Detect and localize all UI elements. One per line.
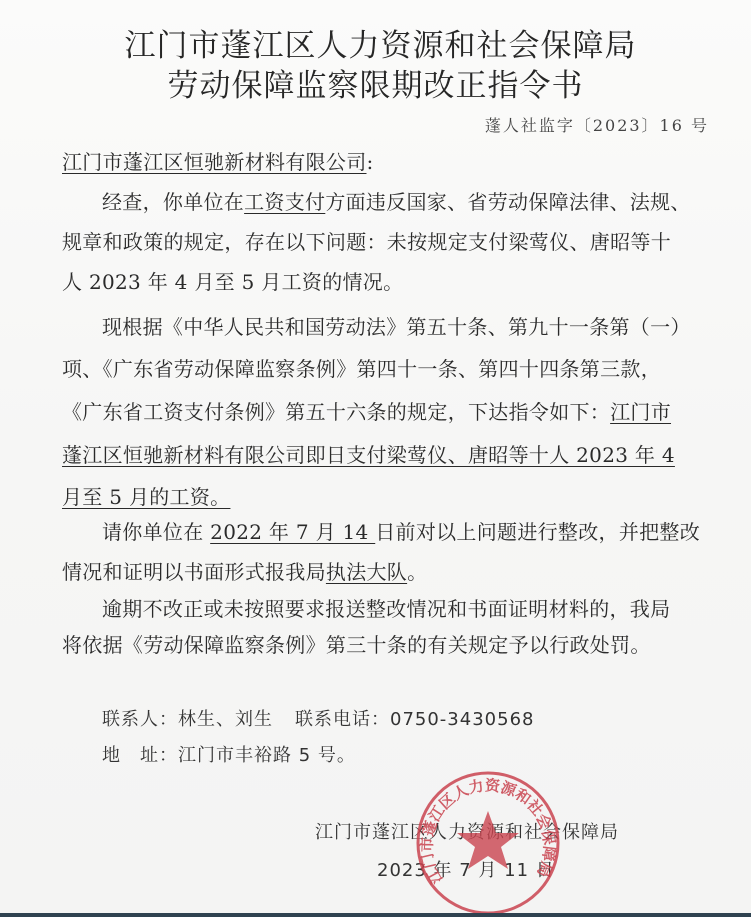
address-line: 地 址：江门市丰裕路 5 号。 <box>102 741 356 767</box>
para1-line2: 规章和政策的规定，存在以下问题：未按规定支付梁莺仪、唐昭等十 <box>62 230 671 254</box>
para1-text: 经查，你单位在 <box>102 190 244 214</box>
para3-text: 情况和证明以书面形式报我局 <box>62 560 326 584</box>
doc-title: 劳动保障监察限期改正指令书 <box>0 68 751 104</box>
recipient-line: 江门市蓬江区恒驰新材料有限公司: <box>62 150 374 174</box>
para4-line2: 将依据《劳动保障监察条例》第三十条的有关规定予以行政处罚。 <box>62 633 651 657</box>
para2-line2: 项、《广东省劳动保障监察条例》第四十一条、第四十四条第三款， <box>62 357 661 381</box>
address-label: 地 址： <box>102 745 178 766</box>
para2-line1: 现根据《中华人民共和国劳动法》第五十条、第九十一条第（一） <box>102 315 691 339</box>
violation-area: 工资支付 <box>244 190 325 214</box>
para1-line3: 人 2023 年 4 月至 5 月工资的情况。 <box>62 270 403 294</box>
contact-line: 联系人：林生、刘生联系电话：0750-3430568 <box>102 705 534 731</box>
recipient-name: 江门市蓬江区恒驰新材料有限公司 <box>62 150 367 174</box>
para4-line1: 逾期不改正或未按照要求报送整改情况和书面证明材料的，我局 <box>102 597 670 621</box>
enforcement-team: 执法大队 <box>326 560 407 584</box>
para2-line4: 蓬江区恒驰新材料有限公司即日支付梁莺仪、唐昭等十人 2023 年 4 <box>62 443 675 467</box>
para1-text: 方面违反国家、省劳动保障法律、法规、 <box>325 190 690 214</box>
para3-text: 。 <box>407 560 427 584</box>
para2-text: 《广东省工资支付条例》第五十六条的规定，下达指令如下： <box>62 400 610 424</box>
para3-line2: 情况和证明以书面形式报我局执法大队。 <box>62 560 427 584</box>
issue-date: 2023 年 7 月 11 日 <box>377 856 555 882</box>
contact-persons: 林生、刘生 <box>178 709 273 730</box>
directive-text: 江门市 <box>610 400 671 424</box>
contact-phone-label: 联系电话： <box>295 709 390 730</box>
para3-text: 请你单位在 <box>102 520 210 544</box>
para2-line5: 月至 5 月的工资。 <box>62 485 230 509</box>
contact-phone: 0750-3430568 <box>390 709 534 730</box>
directive-text: 月至 5 月的工资。 <box>62 485 230 509</box>
issuer-name: 江门市蓬江区人力资源和社会保障局 <box>315 818 619 844</box>
directive-text: 蓬江区恒驰新材料有限公司即日支付梁莺仪、唐昭等十人 2023 年 4 <box>62 443 675 467</box>
address-value: 江门市丰裕路 5 号。 <box>178 745 356 766</box>
para3-line1: 请你单位在 2022 年 7 月 14 日前对以上问题进行整改，并把整改 <box>102 520 700 544</box>
doc-number: 蓬人社监字〔2023〕16 号 <box>485 113 709 136</box>
deadline-date: 2022 年 7 月 14 <box>210 520 375 544</box>
para2-line3: 《广东省工资支付条例》第五十六条的规定，下达指令如下：江门市 <box>62 400 671 424</box>
org-title: 江门市蓬江区人力资源和社会保障局 <box>5 28 751 64</box>
para3-text: 日前对以上问题进行整改，并把整改 <box>375 520 700 544</box>
bottom-edge-bar <box>0 913 751 917</box>
recipient-colon: : <box>367 150 374 174</box>
document-page: 江门市蓬江区人力资源和社会保障局 劳动保障监察限期改正指令书 蓬人社监字〔202… <box>0 0 751 913</box>
contact-person-label: 联系人： <box>102 709 178 730</box>
para1-line1: 经查，你单位在工资支付方面违反国家、省劳动保障法律、法规、 <box>102 190 691 214</box>
